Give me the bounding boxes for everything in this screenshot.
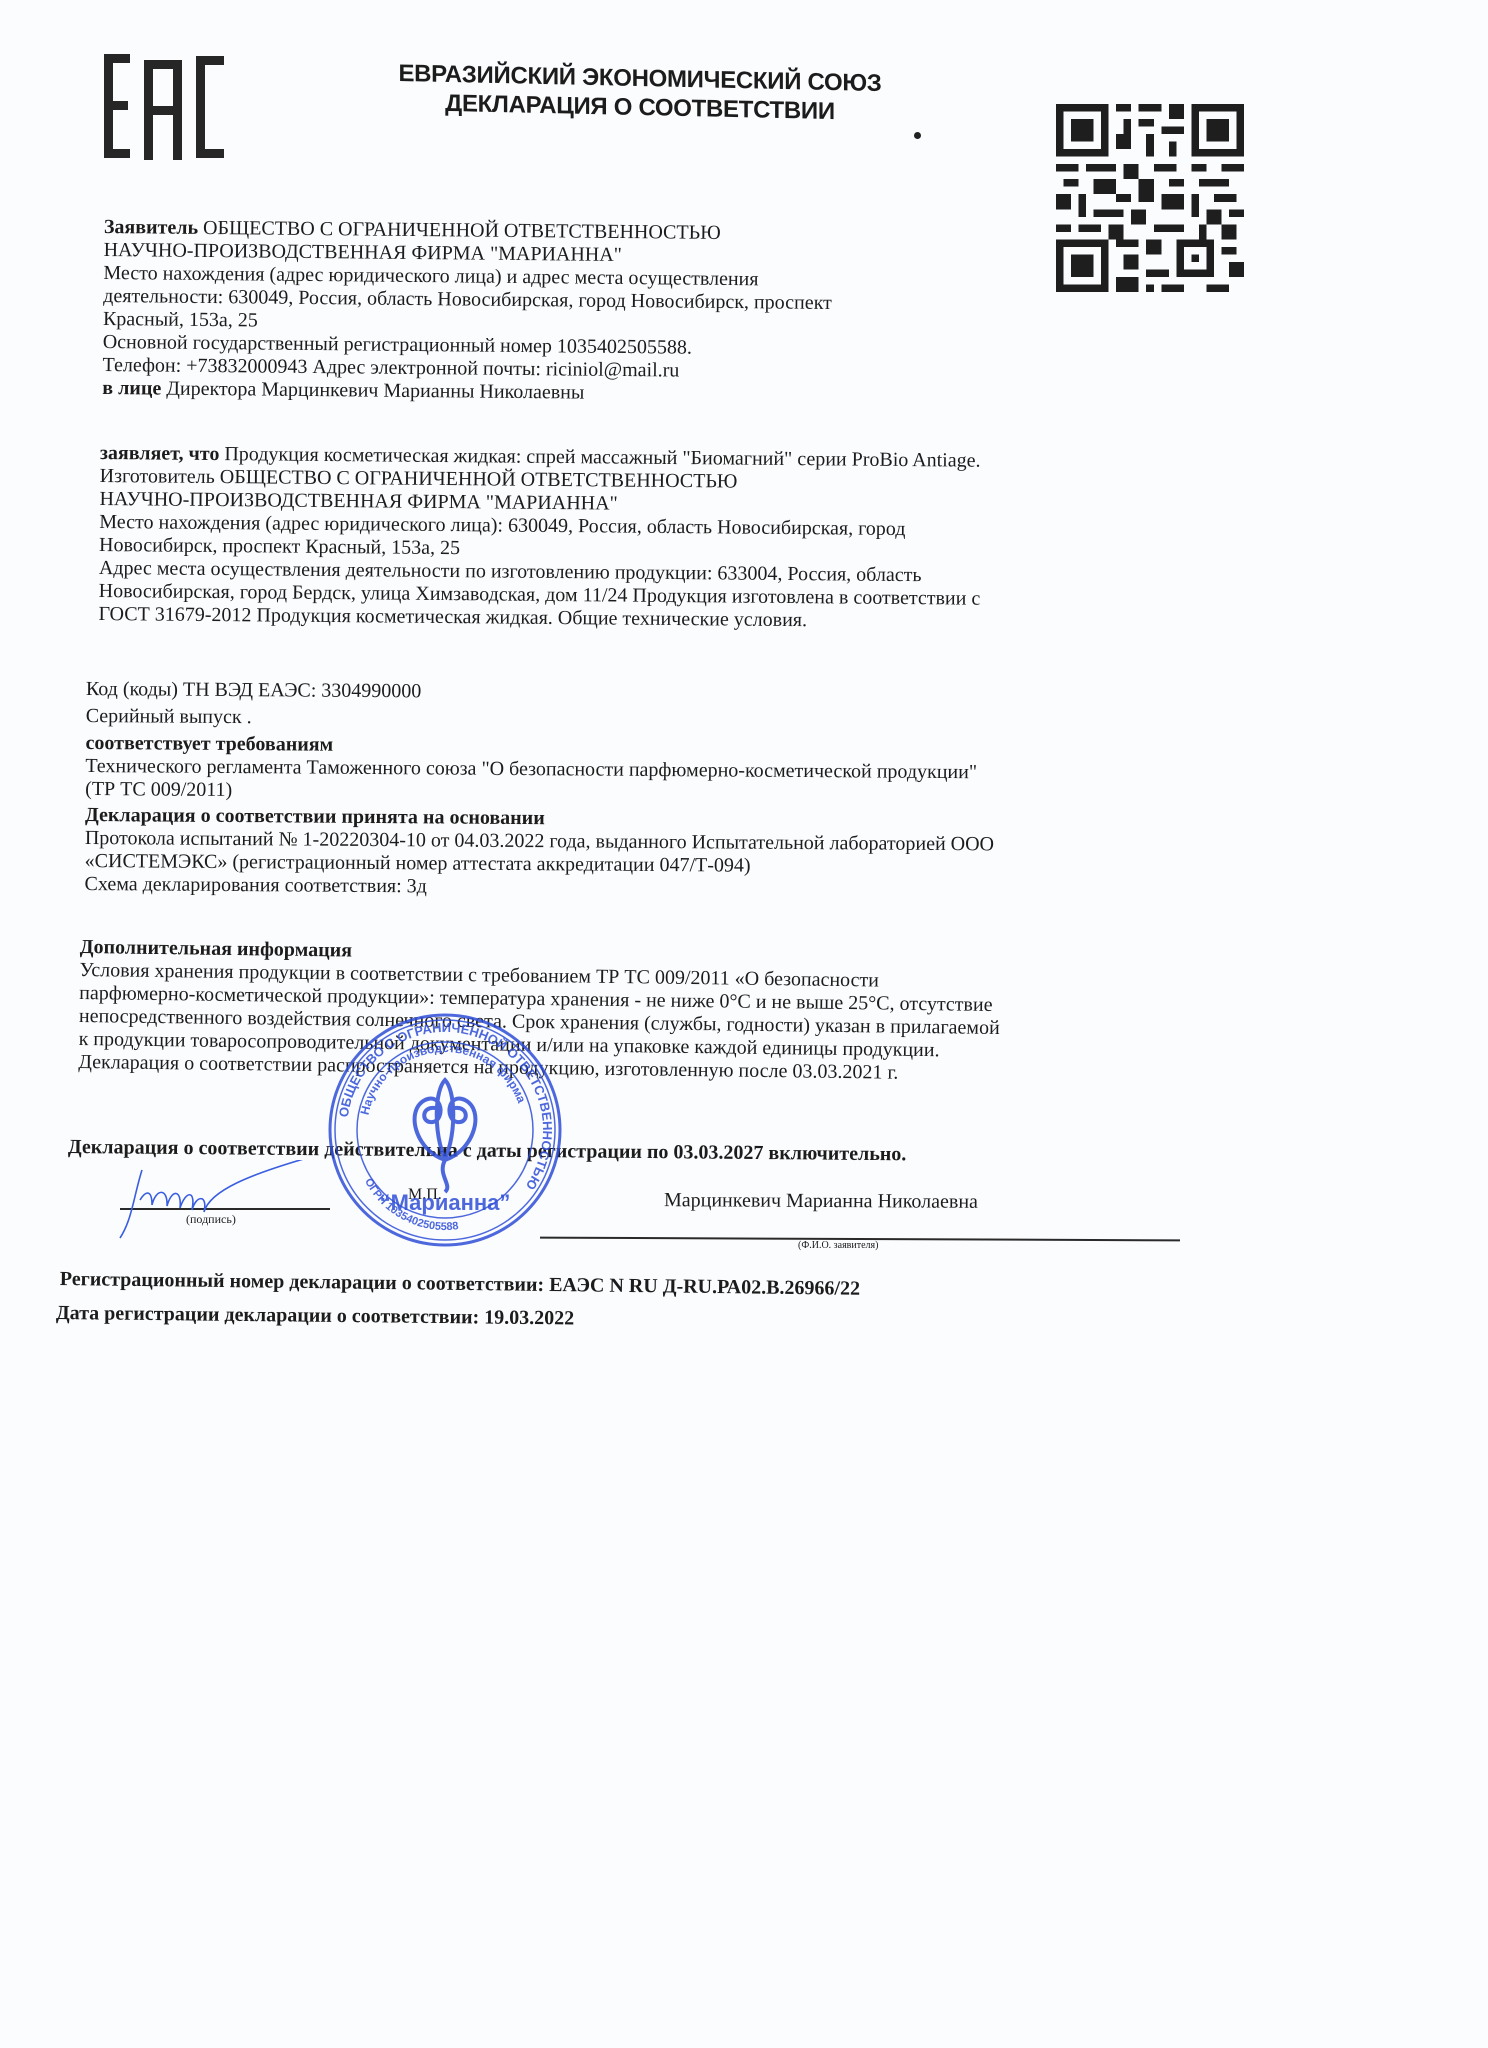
basis-line3: Схема декларирования соответствия: 3д <box>84 873 993 902</box>
tnved-code: Код (коды) ТН ВЭД ЕАЭС: 3304990000 <box>86 678 995 707</box>
handwritten-signature <box>112 1160 312 1240</box>
ink-dot <box>914 132 921 139</box>
document-header: ЕВРАЗИЙСКИЙ ЭКОНОМИЧЕСКИЙ СОЮЗ ДЕКЛАРАЦИ… <box>360 58 920 128</box>
eac-logo <box>104 54 226 160</box>
registration-number: Регистрационный номер декларации о соотв… <box>60 1268 860 1301</box>
applicant-full-name: Марцинкевич Марианна Николаевна <box>664 1189 978 1214</box>
representative-label: в лице <box>102 377 161 400</box>
declares-label: заявляет, что <box>100 442 220 465</box>
applicant-section: Заявитель ОБЩЕСТВО С ОГРАНИЧЕННОЙ ОТВЕТС… <box>102 216 832 407</box>
serial-release: Серийный выпуск . <box>86 705 995 734</box>
representative-value: Директора Марцинкевич Марианны Николаевн… <box>161 378 584 404</box>
product-manufacturer-section: заявляет, что Продукция косметическая жи… <box>98 442 981 634</box>
product-codes-section: Код (коды) ТН ВЭД ЕАЭС: 3304990000 Серий… <box>84 678 995 902</box>
registration-date: Дата регистрации декларации о соответств… <box>56 1302 575 1330</box>
company-seal-stamp: ОБЩЕСТВО С ОГРАНИЧЕННОЙ ОТВЕТСТВЕННОСТЬЮ… <box>325 1010 565 1250</box>
qr-code <box>1050 104 1250 292</box>
name-caption: (Ф.И.О. заявителя) <box>798 1240 878 1251</box>
applicant-label: Заявитель <box>104 216 198 239</box>
